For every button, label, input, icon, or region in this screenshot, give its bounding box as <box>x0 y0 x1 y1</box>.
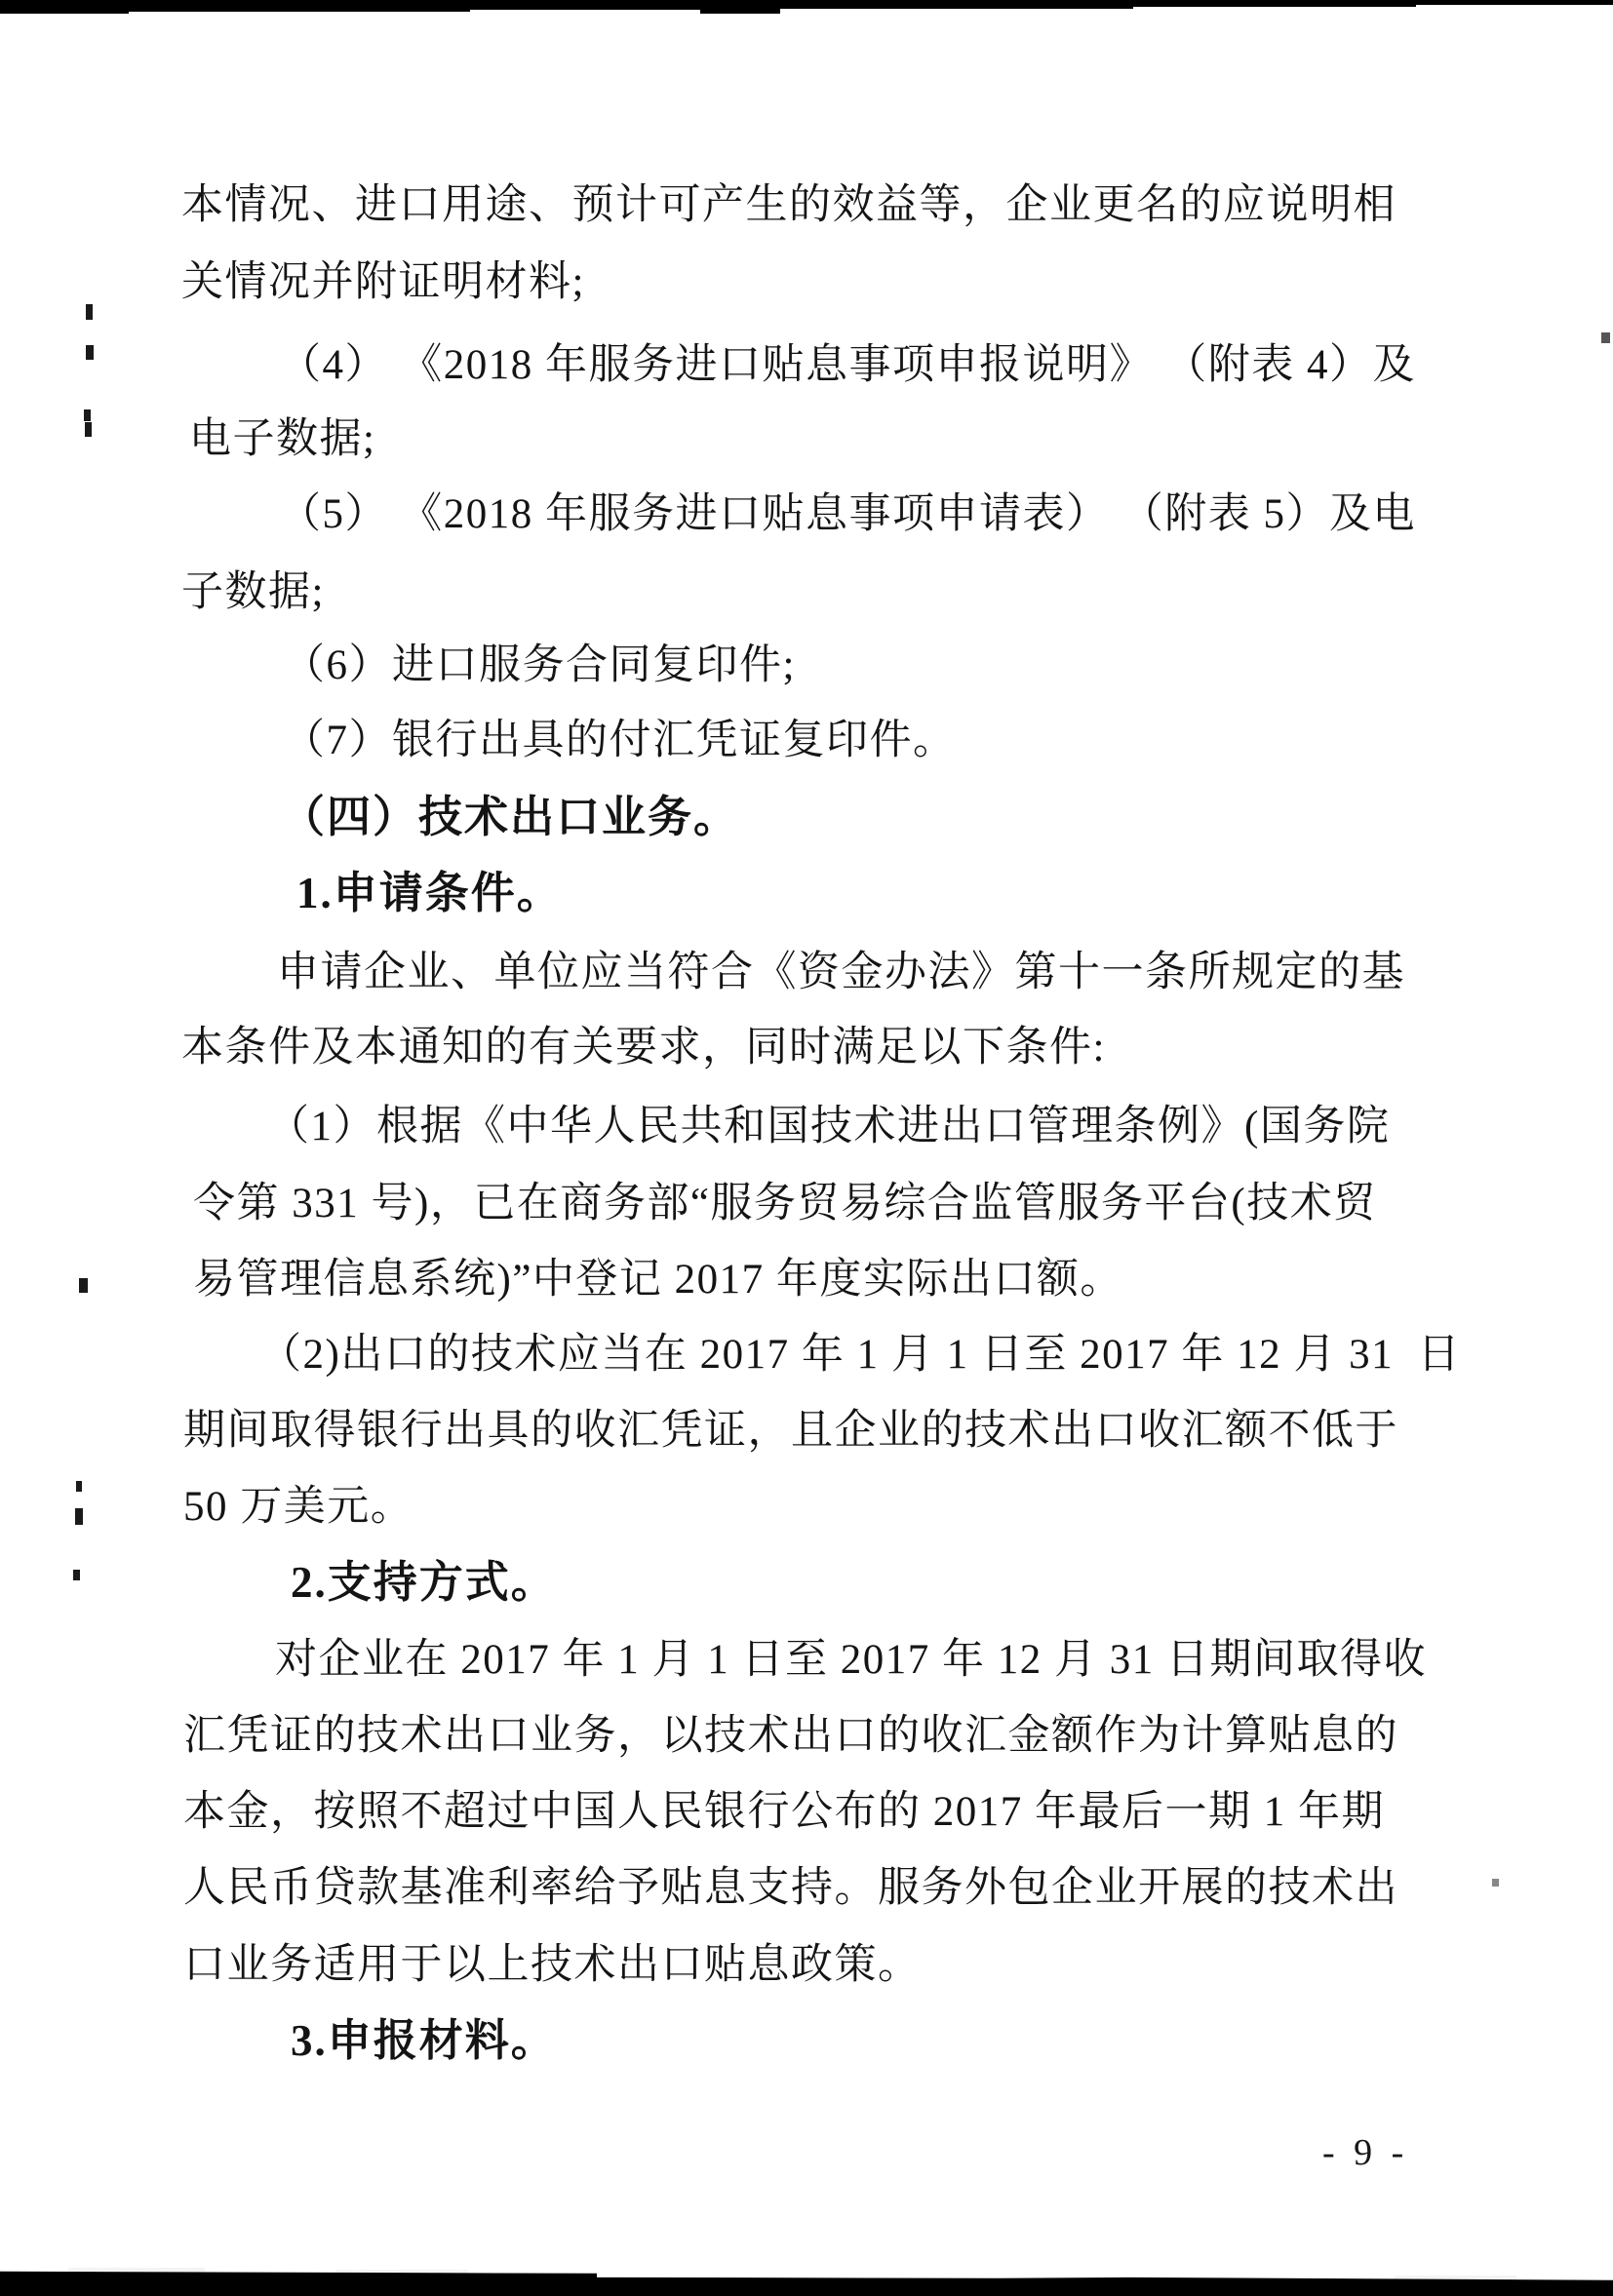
text-line: 人民币贷款基准利率给予贴息支持。服务外包企业开展的技术出 <box>183 1858 1398 1919</box>
text-line: 50 万美元。 <box>183 1477 413 1537</box>
text-line: （2)出口的技术应当在 2017 年 1 月 1 日至 2017 年 12 月 … <box>259 1325 1461 1385</box>
text-line: 本金，按照不超过中国人民银行公布的 2017 年最后一期 1 年期 <box>183 1782 1385 1843</box>
text-line: 电子数据; <box>189 409 375 470</box>
scan-speck <box>1601 332 1610 343</box>
text-line: 本情况、进口用途、预计可产生的效益等，企业更名的应说明相 <box>181 175 1397 236</box>
scanned-document-page: 本情况、进口用途、预计可产生的效益等，企业更名的应说明相关情况并附证明材料;（4… <box>0 0 1613 2296</box>
text-line: 关情况并附证明材料; <box>181 253 585 313</box>
scan-speck <box>86 304 93 320</box>
text-line: 易管理信息系统)”中登记 2017 年度实际出口额。 <box>193 1250 1123 1310</box>
text-line: （7）银行出具的付汇凭证复印件。 <box>283 711 957 771</box>
text-line: 子数据; <box>181 563 325 623</box>
scan-speck <box>84 409 91 421</box>
text-line: 口业务适用于以上技术出口贴息政策。 <box>183 1935 922 1996</box>
text-line: 令第 331 号)，已在商务部“服务贸易综合监管服务平台(技术贸 <box>193 1174 1377 1234</box>
document-text-block: 本情况、进口用途、预计可产生的效益等，企业更名的应说明相关情况并附证明材料;（4… <box>181 0 1439 2296</box>
text-line: 对企业在 2017 年 1 月 1 日至 2017 年 12 月 31 日期间取… <box>275 1630 1427 1691</box>
text-line: （5） 《2018 年服务进口贴息事项申请表） （附表 5）及电 <box>279 485 1416 545</box>
scan-speck <box>1492 1879 1499 1887</box>
scan-speck <box>76 1481 82 1492</box>
text-line: 期间取得银行出具的收汇凭证，且企业的技术出口收汇额不低于 <box>183 1401 1398 1461</box>
scan-speck <box>75 1508 83 1525</box>
scan-speck <box>86 345 94 360</box>
text-line: （1）根据《中华人民共和国技术进出口管理条例》(国务院 <box>267 1097 1390 1157</box>
text-line: （6）进口服务合同复印件; <box>283 636 796 696</box>
scan-speck <box>85 422 92 437</box>
text-line: （4） 《2018 年服务进口贴息事项申报说明》 （附表 4）及 <box>279 335 1416 396</box>
text-line: 申请企业、单位应当符合《资金办法》第十一条所规定的基 <box>277 943 1405 1003</box>
scan-speck <box>73 1570 80 1580</box>
page-number: - 9 - <box>1322 2131 1408 2174</box>
text-line: 1.申请条件。 <box>296 863 563 923</box>
text-line: （四）技术出口业务。 <box>281 787 739 847</box>
text-line: 3.申报材料。 <box>291 2010 557 2071</box>
text-line: 汇凭证的技术出口业务，以技术出口的收汇金额作为计算贴息的 <box>183 1706 1398 1767</box>
scan-speck <box>79 1278 88 1293</box>
text-line: 2.支持方式。 <box>291 1552 557 1613</box>
text-line: 本条件及本通知的有关要求，同时满足以下条件: <box>181 1018 1106 1078</box>
